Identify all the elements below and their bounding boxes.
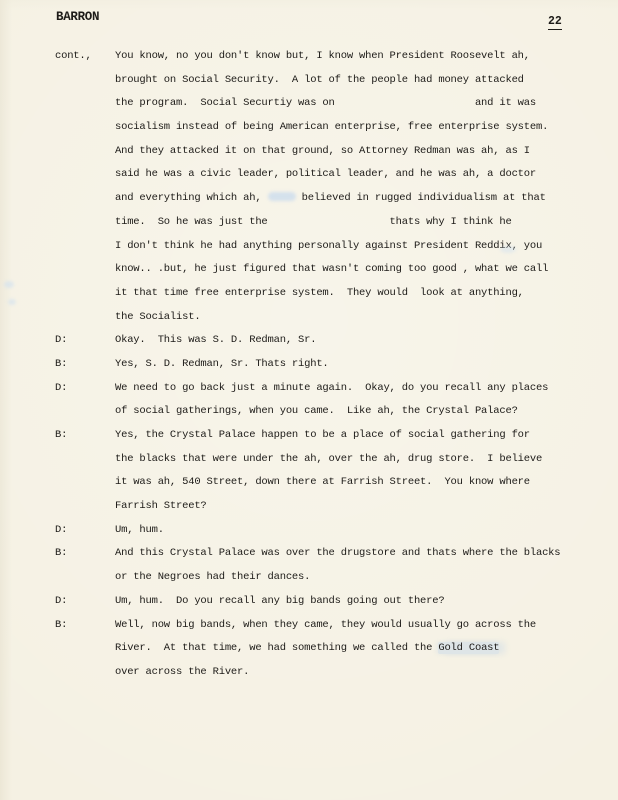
speaker-label: cont., [55,45,115,69]
line-segment: believed in rugged individualism at that [296,192,546,204]
transcript-line: time. So he was just the thats why I thi… [115,211,618,235]
speaker-text-block: We need to go back just a minute again. … [115,377,618,424]
speaker-label: D: [55,377,115,401]
transcript-line: it was ah, 540 Street, down there at Far… [115,471,618,495]
speaker-label: B: [55,353,115,377]
transcript-line: You know, no you don't know but, I know … [115,45,618,69]
transcript-paragraph: B:Yes, the Crystal Palace happen to be a… [55,424,618,519]
scanned-transcript-page: BARRON 22 cont.,You know, no you don't k… [0,0,618,800]
speaker-label: B: [55,542,115,566]
transcript: cont.,You know, no you don't know but, I… [55,45,618,685]
transcript-line: socialism instead of being American ente… [115,116,618,140]
erased-word-smudge [268,192,296,201]
transcript-paragraph: D:Um, hum. [55,519,618,543]
transcript-line: Well, now big bands, when they came, the… [115,614,618,638]
speaker-label: B: [55,614,115,638]
transcript-line: And this Crystal Palace was over the dru… [115,542,618,566]
transcript-line: over across the River. [115,661,618,685]
speaker-label: D: [55,590,115,614]
transcript-line: know.. .but, he just figured that wasn't… [115,258,618,282]
transcript-paragraph: B:Well, now big bands, when they came, t… [55,614,618,685]
transcript-line: Yes, the Crystal Palace happen to be a p… [115,424,618,448]
speaker-label: D: [55,519,115,543]
transcript-line: it that time free enterprise system. The… [115,282,618,306]
speaker-text-block: You know, no you don't know but, I know … [115,45,618,329]
speaker-text-block: Um, hum. [115,519,618,543]
transcript-line: Farrish Street? [115,495,618,519]
transcript-line: the program. Social Securtiy was on and … [115,92,618,116]
speaker-text-block: Okay. This was S. D. Redman, Sr. [115,329,618,353]
transcript-line: And they attacked it on that ground, so … [115,140,618,164]
transcript-line: We need to go back just a minute again. … [115,377,618,401]
transcript-line: Um, hum. Do you recall any big bands goi… [115,590,618,614]
transcript-line: or the Negroes had their dances. [115,566,618,590]
paper-smudge [4,281,14,288]
paper-smudge [8,299,16,305]
page-number: 22 [548,15,562,30]
document-header-name: BARRON [56,10,99,24]
transcript-line: the blacks that were under the ah, over … [115,448,618,472]
transcript-line: of social gatherings, when you came. Lik… [115,400,618,424]
transcript-line: River. At that time, we had something we… [115,637,618,661]
line-segment: and everything which ah, [115,192,268,204]
speaker-text-block: Well, now big bands, when they came, the… [115,614,618,685]
highlighted-text: Gold Coast [438,642,499,654]
transcript-line: Yes, S. D. Redman, Sr. Thats right. [115,353,618,377]
speaker-text-block: And this Crystal Palace was over the dru… [115,542,618,589]
line-segment: River. At that time, we had something we… [115,642,438,654]
transcript-line: and everything which ah, believed in rug… [115,187,618,211]
transcript-line: brought on Social Security. A lot of the… [115,69,618,93]
transcript-paragraph: B:And this Crystal Palace was over the d… [55,542,618,589]
transcript-line: Um, hum. [115,519,618,543]
speaker-label: B: [55,424,115,448]
transcript-line: said he was a civic leader, political le… [115,163,618,187]
speaker-text-block: Um, hum. Do you recall any big bands goi… [115,590,618,614]
transcript-line: Okay. This was S. D. Redman, Sr. [115,329,618,353]
speaker-label: D: [55,329,115,353]
transcript-paragraph: cont.,You know, no you don't know but, I… [55,45,618,329]
transcript-line: the Socialist. [115,306,618,330]
transcript-paragraph: B:Yes, S. D. Redman, Sr. Thats right. [55,353,618,377]
speaker-text-block: Yes, S. D. Redman, Sr. Thats right. [115,353,618,377]
transcript-paragraph: D:We need to go back just a minute again… [55,377,618,424]
transcript-paragraph: D:Okay. This was S. D. Redman, Sr. [55,329,618,353]
transcript-paragraph: D:Um, hum. Do you recall any big bands g… [55,590,618,614]
speaker-text-block: Yes, the Crystal Palace happen to be a p… [115,424,618,519]
transcript-line: I don't think he had anything personally… [115,235,618,259]
paper-smudge [500,246,516,253]
